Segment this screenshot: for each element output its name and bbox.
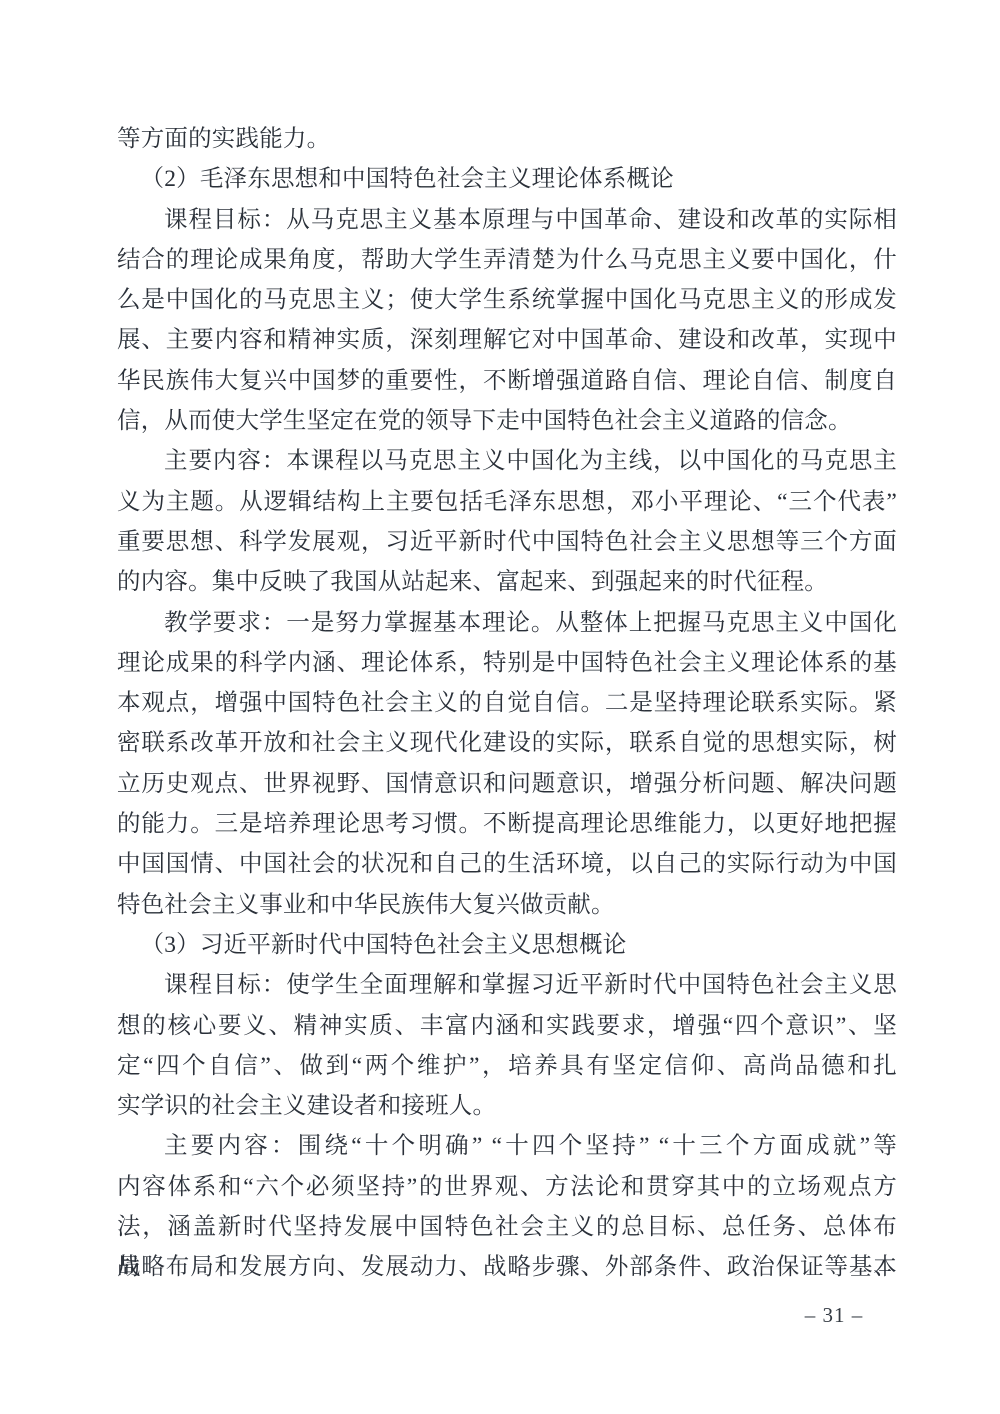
text-line: 理论成果的科学内涵、理论体系，特别是中国特色社会主义理论体系的基 bbox=[117, 643, 897, 683]
text-line: 的能力。三是培养理论思考习惯。不断提高理论思维能力，以更好地把握 bbox=[117, 804, 897, 844]
text-line: 信，从而使大学生坚定在党的领导下走中国特色社会主义道路的信念。 bbox=[117, 401, 897, 441]
text-line: 教学要求：一是努力掌握基本理论。从整体上把握马克思主义中国化 bbox=[117, 603, 897, 643]
text-line: 中国国情、中国社会的状况和自己的生活环境，以自己的实际行动为中国 bbox=[117, 844, 897, 884]
text-line: 特色社会主义事业和中华民族伟大复兴做贡献。 bbox=[117, 885, 897, 925]
text-line: （2）毛泽东思想和中国特色社会主义理论体系概论 bbox=[117, 159, 897, 199]
text-line: 想的核心要义、精神实质、丰富内涵和实践要求，增强“四个意识”、坚 bbox=[117, 1006, 897, 1046]
text-line: 主要内容：围绕“十个明确” “十四个坚持” “十三个方面成就”等 bbox=[117, 1126, 897, 1166]
text-line: 的内容。集中反映了我国从站起来、富起来、到强起来的时代征程。 bbox=[117, 562, 897, 602]
text-line: 立历史观点、世界视野、国情意识和问题意识，增强分析问题、解决问题 bbox=[117, 764, 897, 804]
text-line: 华民族伟大复兴中国梦的重要性，不断增强道路自信、理论自信、制度自 bbox=[117, 361, 897, 401]
page-number: – 31 – bbox=[768, 1303, 900, 1328]
text-line: 重要思想、科学发展观，习近平新时代中国特色社会主义思想等三个方面 bbox=[117, 522, 897, 562]
text-line: 法，涵盖新时代坚持发展中国特色社会主义的总目标、总任务、总体布局、 bbox=[117, 1207, 897, 1247]
text-line: 实学识的社会主义建设者和接班人。 bbox=[117, 1086, 897, 1126]
text-line: 结合的理论成果角度，帮助大学生弄清楚为什么马克思主义要中国化，什 bbox=[117, 240, 897, 280]
text-line: 课程目标：从马克思主义基本原理与中国革命、建设和改革的实际相 bbox=[117, 200, 897, 240]
text-line: 主要内容：本课程以马克思主义中国化为主线，以中国化的马克思主 bbox=[117, 441, 897, 481]
text-line: 么是中国化的马克思主义；使大学生系统掌握中国化马克思主义的形成发 bbox=[117, 280, 897, 320]
text-line: 义为主题。从逻辑结构上主要包括毛泽东思想，邓小平理论、“三个代表” bbox=[117, 482, 897, 522]
text-line: 本观点，增强中国特色社会主义的自觉自信。二是坚持理论联系实际。紧 bbox=[117, 683, 897, 723]
document-page: 等方面的实践能力。（2）毛泽东思想和中国特色社会主义理论体系概论课程目标：从马克… bbox=[0, 0, 1000, 1414]
text-line: 展、主要内容和精神实质，深刻理解它对中国革命、建设和改革，实现中 bbox=[117, 320, 897, 360]
text-line: 内容体系和“六个必须坚持”的世界观、方法论和贯穿其中的立场观点方 bbox=[117, 1167, 897, 1207]
text-line: 战略布局和发展方向、发展动力、战略步骤、外部条件、政治保证等基本 bbox=[117, 1247, 897, 1287]
text-line: 定“四个自信”、做到“两个维护”，培养具有坚定信仰、高尚品德和扎 bbox=[117, 1046, 897, 1086]
text-line: 等方面的实践能力。 bbox=[117, 119, 897, 159]
text-line: 课程目标：使学生全面理解和掌握习近平新时代中国特色社会主义思 bbox=[117, 965, 897, 1005]
text-line: （3）习近平新时代中国特色社会主义思想概论 bbox=[117, 925, 897, 965]
text-line: 密联系改革开放和社会主义现代化建设的实际，联系自觉的思想实际，树 bbox=[117, 723, 897, 763]
document-body: 等方面的实践能力。（2）毛泽东思想和中国特色社会主义理论体系概论课程目标：从马克… bbox=[117, 119, 897, 1288]
